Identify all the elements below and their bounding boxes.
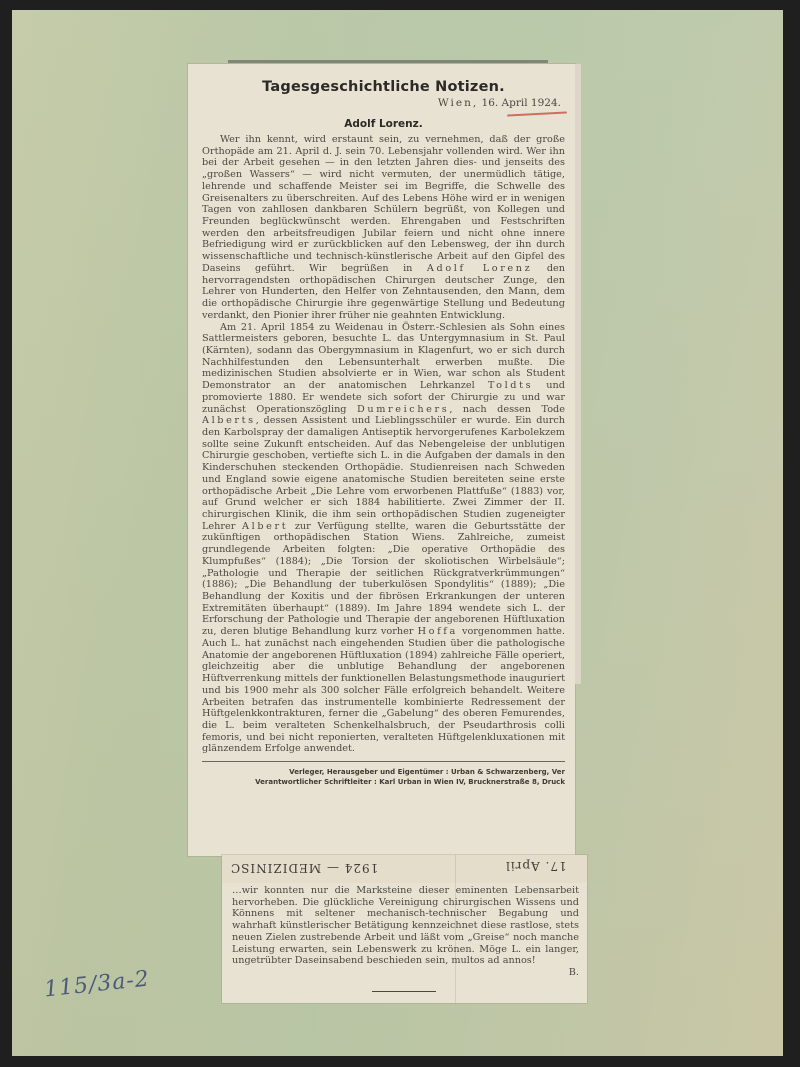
imprint-line: Verleger, Herausgeber und Eigentümer : U… xyxy=(202,767,565,777)
clipping-edge xyxy=(575,64,581,684)
article-body: Wer ihn kennt, wird erstaunt sein, zu ve… xyxy=(202,134,565,755)
paragraph-1: Wer ihn kennt, wird erstaunt sein, zu ve… xyxy=(202,134,565,322)
closing-paragraph: …wir konnten nur die Marksteine dieser e… xyxy=(232,885,579,967)
dateline-date: 16. April 1924. xyxy=(482,97,561,109)
text-run: vorgenommen hatte. Auch L. hat zunächst … xyxy=(202,626,565,754)
name-toldt: Toldts xyxy=(488,380,533,391)
dateline-place: Wien, xyxy=(438,97,478,109)
author-signature: B. xyxy=(232,967,579,979)
upside-down-journal-title: 1924 — MEDIZINISC xyxy=(230,861,378,875)
upside-down-date: 17. April xyxy=(505,859,567,873)
clipping-content: Tagesgeschichtliche Notizen. Wien, 16. A… xyxy=(202,64,565,787)
text-run: , dessen Assistent und Lieblingsschüler … xyxy=(202,415,565,531)
newspaper-clipping-continuation: 1924 — MEDIZINISC 17. April …wir konnten… xyxy=(222,855,587,1003)
end-rule xyxy=(372,991,436,992)
continuation-body: …wir konnten nur die Marksteine dieser e… xyxy=(232,885,579,979)
newspaper-clipping-main: Tagesgeschichtliche Notizen. Wien, 16. A… xyxy=(188,64,575,856)
imprint-line: Verantwortlicher Schriftleiter : Karl Ur… xyxy=(202,777,565,787)
section-title: Tagesgeschichtliche Notizen. xyxy=(202,79,565,95)
text-run: Wer ihn kennt, wird erstaunt sein, zu ve… xyxy=(202,134,565,274)
article-title: Adolf Lorenz. xyxy=(202,118,565,130)
name-albert: Albert xyxy=(242,521,288,532)
upside-down-page-header: 1924 — MEDIZINISC 17. April xyxy=(222,855,587,883)
text-run: zur Verfügung stellte, waren die Geburts… xyxy=(202,521,565,637)
dateline: Wien, 16. April 1924. xyxy=(202,97,565,109)
name-hoffa: Hoffa xyxy=(418,626,458,637)
clipping-shadow xyxy=(228,60,548,63)
name-adolf-lorenz: Adolf Lorenz xyxy=(427,263,532,274)
text-run: , nach dessen Tode xyxy=(449,404,565,415)
paragraph-2: Am 21. April 1854 zu Weidenau in Österr.… xyxy=(202,322,565,756)
name-dumreicher: Dumreichers xyxy=(357,404,449,415)
publisher-imprint: Verleger, Herausgeber und Eigentümer : U… xyxy=(202,767,565,787)
divider xyxy=(202,761,565,762)
name-albert: Alberts xyxy=(202,415,256,426)
